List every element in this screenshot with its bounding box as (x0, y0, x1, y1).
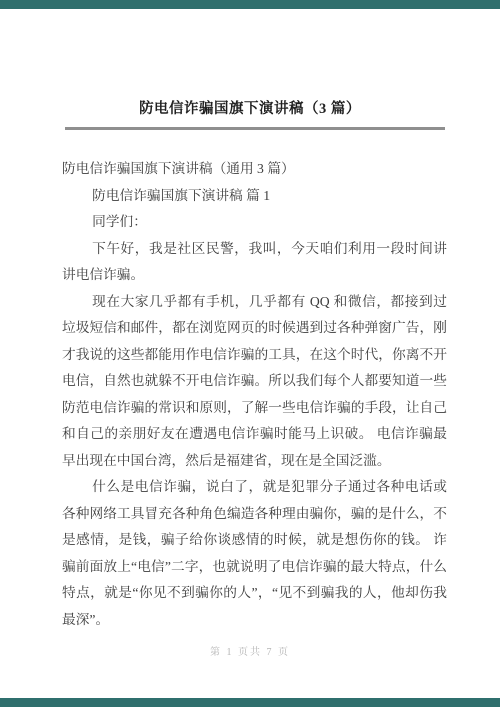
document-page: 防电信诈骗国旗下演讲稿（3 篇） 防电信诈骗国旗下演讲稿（通用 3 篇） 防电信… (0, 0, 500, 707)
title-divider (65, 127, 445, 130)
top-accent-bar (0, 0, 500, 9)
body-paragraph: 现在大家几乎都有手机，几乎都有 QQ 和微信，都接到过垃圾短信和邮件，都在浏览网… (62, 289, 447, 475)
document-body: 防电信诈骗国旗下演讲稿（通用 3 篇） 防电信诈骗国旗下演讲稿 篇 1 同学们：… (62, 156, 447, 633)
document-subtitle: 防电信诈骗国旗下演讲稿（通用 3 篇） (62, 156, 447, 183)
bottom-accent-bar (0, 698, 500, 707)
salutation: 同学们： (62, 209, 447, 236)
body-paragraph: 什么是电信诈骗，说白了，就是犯罪分子通过各种电话或各种网络工具冒充各种角色编造各… (62, 474, 447, 633)
section-heading: 防电信诈骗国旗下演讲稿 篇 1 (62, 183, 447, 210)
page-number-footer: 第 1 页共 7 页 (0, 643, 500, 658)
body-paragraph: 下午好，我是社区民警，我叫，今天咱们利用一段时间讲讲电信诈骗。 (62, 236, 447, 289)
document-title: 防电信诈骗国旗下演讲稿（3 篇） (0, 0, 500, 118)
